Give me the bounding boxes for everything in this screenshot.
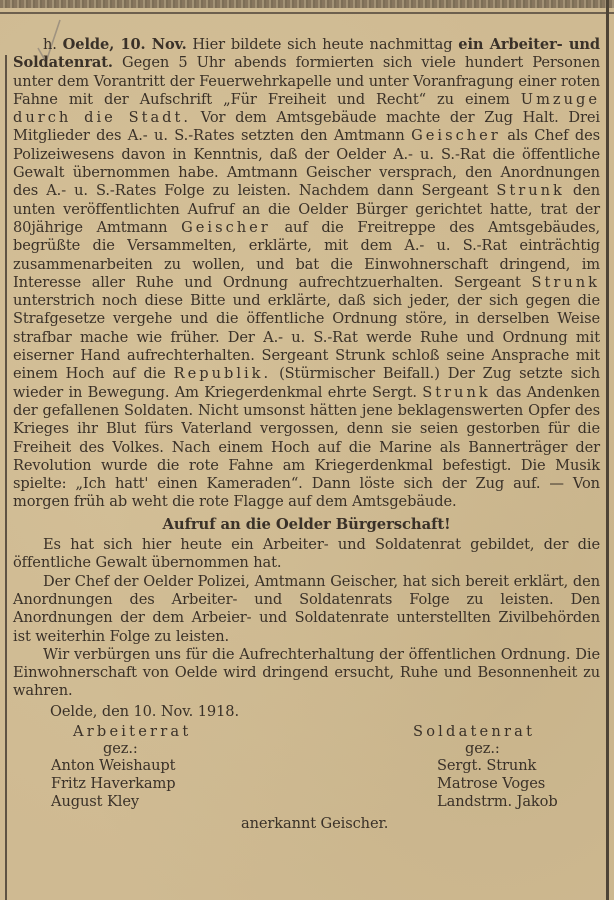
signatory-name: Anton Weishaupt [51, 757, 191, 775]
top-border-band [0, 0, 614, 8]
signed-label: gez.: [413, 741, 558, 757]
signatory-name: Sergt. Strunk [413, 757, 558, 775]
right-column-rule [606, 0, 609, 900]
signatory-name: Fritz Haverkamp [51, 775, 191, 793]
soldiers-council-title: Soldatenrat [413, 723, 558, 741]
spaced-emphasis: Geischer [411, 127, 501, 144]
spaced-emphasis: Strunk [532, 274, 600, 291]
signature-block: Arbeiterrat gez.: Anton Weishaupt Fritz … [13, 723, 600, 833]
acknowledged-by-line: anerkannt Geischer. [241, 815, 388, 833]
workers-council-title: Arbeiterrat [51, 723, 191, 741]
proclamation-date-line: Oelde, den 10. Nov. 1918. [13, 703, 600, 721]
soldiers-council-signatures: Soldatenrat gez.: Sergt. Strunk Matrose … [413, 723, 558, 811]
signatory-name: August Kley [51, 793, 191, 811]
proclamation-paragraph: Es hat sich hier heute ein Arbeiter- und… [13, 536, 600, 573]
top-rule-divider [0, 12, 614, 14]
signatory-name: Landstrm. Jakob [413, 793, 558, 811]
signed-label: gez.: [51, 741, 191, 757]
report-text: das Andenken der gefallenen Soldaten. Ni… [13, 384, 600, 511]
proclamation-heading: Aufruf an die Oelder Bürgerschaft! [13, 516, 600, 534]
spaced-emphasis: Strunk [422, 384, 490, 401]
spaced-emphasis: Republik. [174, 365, 272, 382]
signatory-name: Matrose Voges [413, 775, 558, 793]
news-report-paragraph: h. Oelde, 10. Nov. Hier bildete sich heu… [13, 36, 600, 512]
proclamation-paragraph: Der Chef der Oelder Polizei, Amtmann Gei… [13, 573, 600, 646]
spaced-emphasis: Geischer [181, 219, 271, 236]
spaced-emphasis: Strunk [496, 182, 564, 199]
workers-council-signatures: Arbeiterrat gez.: Anton Weishaupt Fritz … [51, 723, 191, 811]
dateline-place-date: Oelde, 10. Nov. [63, 36, 187, 53]
dateline-prefix: h. [43, 36, 57, 53]
proclamation-paragraph: Wir verbürgen uns für die Aufrechterhalt… [13, 646, 600, 701]
newspaper-article: h. Oelde, 10. Nov. Hier bildete sich heu… [13, 36, 600, 833]
report-text: Hier bildete sich heute nachmittag [187, 36, 459, 53]
left-column-rule [5, 55, 7, 900]
